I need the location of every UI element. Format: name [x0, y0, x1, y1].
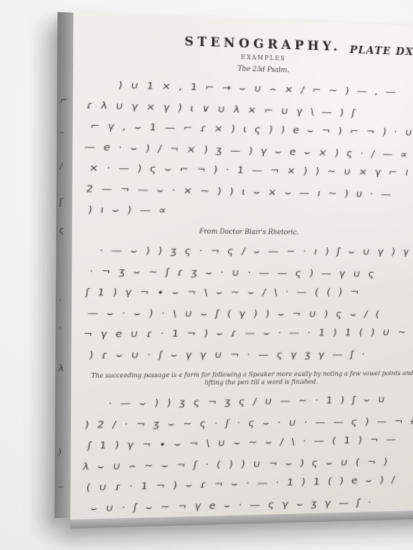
shorthand-row: ) ɾ ⌣ ∪ · ʃ ⌣ γ γ ∪ ¬ · — ς γ ʒ γ — ʃ · [88, 346, 413, 365]
edge-shorthand-mark: ʃ [59, 198, 63, 208]
shorthand-row: · — ⌣ ) ) ʒ ς · ¬ ς / ⌣ — ~ · ı ) ʃ ⌣ ∪ … [98, 241, 413, 261]
plate-headings: STENOGRAPHY. PLATE DXIII EXAMPLES The 23… [85, 27, 413, 79]
edge-shorthand-mark: ) [57, 448, 62, 458]
blair-section-caption: From Doctor Blair's Rhetoric. [84, 226, 408, 237]
speaker-shorthand-block: · — ⌣ ) ) ʒ ς ¬ ʒ ς / ∪ — ~ · 1 ) ʃ ⌣ ∪ … [82, 390, 413, 519]
engraved-plate-page: STENOGRAPHY. PLATE DXIII EXAMPLES The 23… [70, 13, 413, 520]
edge-shorthand-mark: · [58, 324, 62, 334]
edge-shorthand-mark: / [59, 162, 63, 172]
blair-shorthand-block: · — ⌣ ) ) ʒ ς · ¬ ς / ⌣ — ~ · ı ) ʃ ⌣ ∪ … [83, 240, 413, 366]
plate-number-label: PLATE DXIII [350, 43, 413, 58]
edge-shorthand-mark: λ [58, 364, 64, 374]
shorthand-row: · ¬ ʒ ⌣ ~ ʃ ɾ ʒ ⌣ · ∪ · — — ς ) — γ ∪ ς [88, 262, 413, 283]
edge-shorthand-mark: ς [59, 226, 65, 236]
shorthand-row: ʃ 1 ) γ ¬ ∙ ⌣ ¬ \ ⌣ ~ ⌣ / \ · — ( ( ) ¬ [84, 283, 413, 302]
edge-shorthand-mark: – [59, 128, 65, 138]
speaker-section-caption: The succeeding passage is a form for fol… [83, 369, 413, 388]
psalm-shorthand-block: ) ∪ 1 × , 1 ⌐ → ⌣ ∪ ⌢ × / ⌐ ~ ) — , — ɾ … [84, 74, 413, 225]
edge-shorthand-mark: · [58, 296, 62, 306]
shorthand-row: ¬ γ e ∪ ɾ · 1 ¬ ) ⌣ ɾ — ⌣ · — · 1 ) 1 ( … [82, 323, 413, 344]
page-title: STENOGRAPHY. [184, 35, 341, 55]
shorthand-row: × · — ) ς ⌣ ⌐ ¬ ) · 1 — ¬ × ) ) ~ ∪ × γ … [88, 159, 413, 182]
print-front-wrap: STENOGRAPHY. PLATE DXIII EXAMPLES The 23… [70, 13, 413, 518]
canvas-print: ⌐ – / ʃ ς · · λ ) ⌣ STENOGRAPHY. PLATE D… [54, 12, 388, 518]
edge-shorthand-mark: ⌐ [59, 96, 68, 106]
shorthand-row: · — ⌣ ) ) ʒ ς ¬ ʒ ς / ∪ — ~ · 1 ) ʃ ⌣ ∪ [107, 390, 413, 413]
edge-shorthand-mark: ⌣ [57, 482, 64, 492]
shorthand-row: ) ı ⌣ ) — ∝ [87, 201, 413, 223]
shorthand-row: — ⌣ · ⌣ ) · \ ∪ ⌣ ʃ ( γ ) ) ⌣ ¬ ∪ ) ς ⌣ … [86, 304, 413, 324]
product-photo-scene: ⌐ – / ʃ ς · · λ ) ⌣ STENOGRAPHY. PLATE D… [0, 0, 413, 550]
